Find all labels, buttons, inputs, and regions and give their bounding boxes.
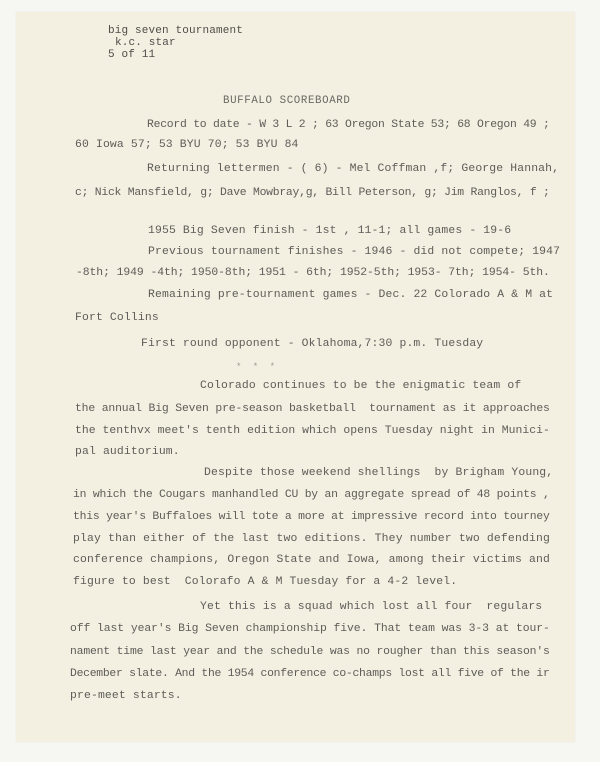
record-line-1: Record to date - W 3 L 2 ; 63 Oregon Sta…	[147, 118, 550, 132]
paragraph-2-line-3: this year's Buffaloes will tote a more a…	[73, 510, 550, 524]
first-round-opponent: First round opponent - Oklahoma,7:30 p.m…	[141, 337, 483, 351]
section-separator: * * *	[236, 360, 278, 374]
page-title: BUFFALO SCOREBOARD	[223, 94, 350, 108]
paragraph-1-line-3: the tenthvx meet's tenth edition which o…	[75, 424, 550, 438]
paragraph-1-line-4: pal auditorium.	[75, 445, 180, 459]
remaining-games-line-2: Fort Collins	[75, 311, 159, 325]
paragraph-3-line-5: pre-meet starts.	[70, 689, 182, 703]
lettermen-line-2: c; Nick Mansfield, g; Dave Mowbray,g, Bi…	[75, 186, 550, 200]
previous-finishes-line-2: -8th; 1949 -4th; 1950-8th; 1951 - 6th; 1…	[76, 266, 550, 280]
previous-finishes-line-1: Previous tournament finishes - 1946 - di…	[148, 245, 560, 259]
paragraph-2-line-6: figure to best Colorafo A & M Tuesday fo…	[73, 575, 457, 589]
paragraph-3-line-1: Yet this is a squad which lost all four …	[200, 600, 542, 614]
paragraph-3-line-2: off last year's Big Seven championship f…	[70, 622, 550, 636]
paragraph-1-line-2: the annual Big Seven pre-season basketba…	[75, 402, 550, 416]
record-line-2: 60 Iowa 57; 53 BYU 70; 53 BYU 84	[75, 138, 299, 152]
paragraph-3-line-3: nament time last year and the schedule w…	[70, 645, 550, 659]
remaining-games-line-1: Remaining pre-tournament games - Dec. 22…	[148, 288, 553, 302]
paragraph-2-line-1: Despite those weekend shellings by Brigh…	[204, 466, 553, 480]
finish-1955: 1955 Big Seven finish - 1st , 11-1; all …	[148, 224, 511, 238]
paragraph-2-line-5: conference champions, Oregon State and I…	[73, 553, 550, 567]
paragraph-3-line-4: December slate. And the 1954 conference …	[70, 667, 550, 681]
lettermen-line-1: Returning lettermen - ( 6) - Mel Coffman…	[147, 162, 559, 176]
paragraph-2-line-4: play than either of the last two edition…	[73, 532, 550, 546]
header-page-number: 5 of 11	[108, 48, 155, 62]
paragraph-1-line-1: Colorado continues to be the enigmatic t…	[200, 379, 521, 393]
paragraph-2-line-2: in which the Cougars manhandled CU by an…	[73, 488, 550, 502]
